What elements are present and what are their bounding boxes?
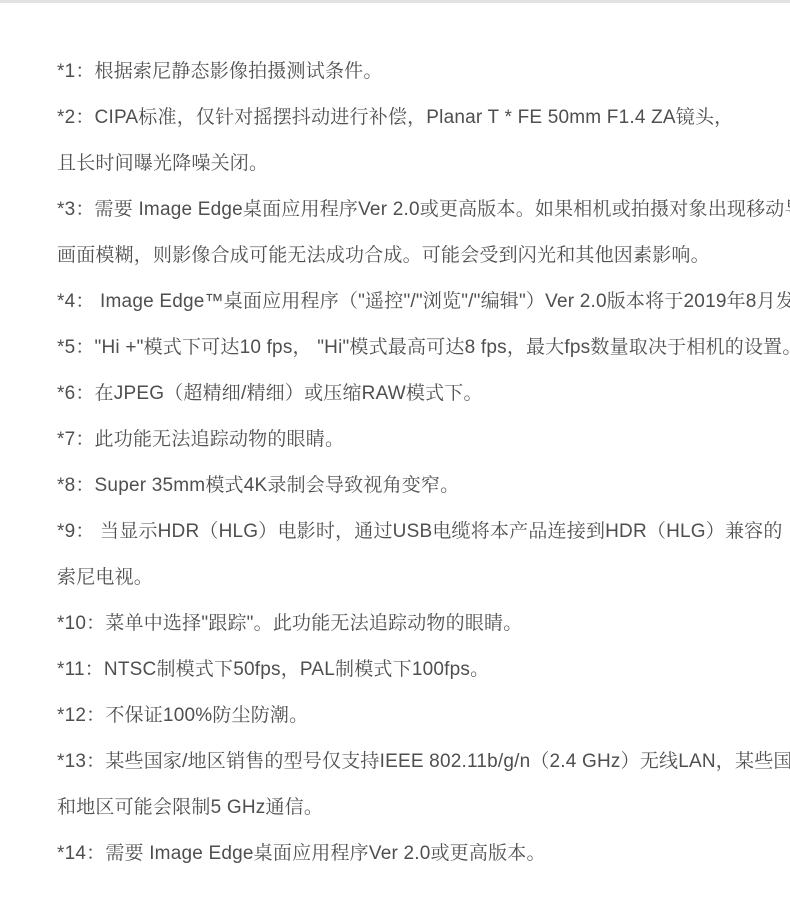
footnote-item: *2：CIPA标准，仅针对摇摆抖动进行补偿，Planar T * FE 50mm… — [57, 95, 770, 187]
footnote-item: *13：某些国家/地区销售的型号仅支持IEEE 802.11b/g/n（2.4 … — [57, 739, 770, 831]
footnote-line: 画面模糊，则影像合成可能无法成功合成。可能会受到闪光和其他因素影响。 — [57, 233, 770, 279]
footnotes-section: *1：根据索尼静态影像拍摄测试条件。 *2：CIPA标准，仅针对摇摆抖动进行补偿… — [0, 3, 790, 877]
footnote-line: *7：此功能无法追踪动物的眼睛。 — [57, 417, 770, 463]
footnote-line: *8：Super 35mm模式4K录制会导致视角变窄。 — [57, 463, 770, 509]
footnote-item: *3：需要 Image Edge桌面应用程序Ver 2.0或更高版本。如果相机或… — [57, 187, 770, 279]
footnote-line: 且长时间曝光降噪关闭。 — [57, 141, 770, 187]
footnote-line: 和地区可能会限制5 GHz通信。 — [57, 785, 770, 831]
footnote-item: *4： Image Edge™桌面应用程序（"遥控"/"浏览"/"编辑"）Ver… — [57, 279, 770, 325]
footnote-line: *1：根据索尼静态影像拍摄测试条件。 — [57, 49, 770, 95]
footnote-line: *9： 当显示HDR（HLG）电影时，通过USB电缆将本产品连接到HDR（HLG… — [57, 509, 770, 555]
footnote-item: *1：根据索尼静态影像拍摄测试条件。 — [57, 49, 770, 95]
footnote-line: *13：某些国家/地区销售的型号仅支持IEEE 802.11b/g/n（2.4 … — [57, 739, 770, 785]
footnote-item: *11：NTSC制模式下50fps，PAL制模式下100fps。 — [57, 647, 770, 693]
page: *1：根据索尼静态影像拍摄测试条件。 *2：CIPA标准，仅针对摇摆抖动进行补偿… — [0, 0, 790, 877]
footnote-line: *4： Image Edge™桌面应用程序（"遥控"/"浏览"/"编辑"）Ver… — [57, 279, 770, 325]
footnote-line: *5："Hi +"模式下可达10 fps， "Hi"模式最高可达8 fps，最大… — [57, 325, 770, 371]
footnote-line: 索尼电视。 — [57, 555, 770, 601]
footnote-item: *7：此功能无法追踪动物的眼睛。 — [57, 417, 770, 463]
footnote-item: *5："Hi +"模式下可达10 fps， "Hi"模式最高可达8 fps，最大… — [57, 325, 770, 371]
footnote-line: *3：需要 Image Edge桌面应用程序Ver 2.0或更高版本。如果相机或… — [57, 187, 770, 233]
footnote-line: *11：NTSC制模式下50fps，PAL制模式下100fps。 — [57, 647, 770, 693]
footnote-item: *8：Super 35mm模式4K录制会导致视角变窄。 — [57, 463, 770, 509]
footnote-item: *12：不保证100%防尘防潮。 — [57, 693, 770, 739]
footnote-line: *14：需要 Image Edge桌面应用程序Ver 2.0或更高版本。 — [57, 831, 770, 877]
footnote-item: *14：需要 Image Edge桌面应用程序Ver 2.0或更高版本。 — [57, 831, 770, 877]
footnote-item: *6：在JPEG（超精细/精细）或压缩RAW模式下。 — [57, 371, 770, 417]
footnote-line: *2：CIPA标准，仅针对摇摆抖动进行补偿，Planar T * FE 50mm… — [57, 95, 770, 141]
footnote-item: *10：菜单中选择"跟踪"。此功能无法追踪动物的眼睛。 — [57, 601, 770, 647]
footnote-item: *9： 当显示HDR（HLG）电影时，通过USB电缆将本产品连接到HDR（HLG… — [57, 509, 770, 601]
footnote-line: *10：菜单中选择"跟踪"。此功能无法追踪动物的眼睛。 — [57, 601, 770, 647]
footnote-line: *12：不保证100%防尘防潮。 — [57, 693, 770, 739]
footnote-line: *6：在JPEG（超精细/精细）或压缩RAW模式下。 — [57, 371, 770, 417]
